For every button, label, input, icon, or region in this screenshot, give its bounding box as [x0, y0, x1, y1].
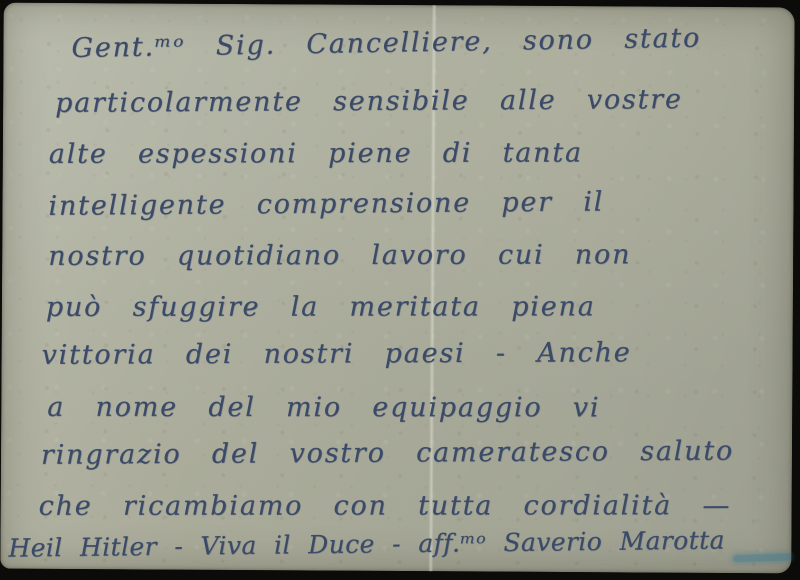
handwriting-line: nostro quotidiano lavoro cui non: [48, 239, 631, 272]
handwriting-line: può sfuggire la meritata piena: [46, 291, 596, 322]
handwriting-line: particolarmente sensibile alle vostre: [55, 84, 683, 119]
handwriting-line: intelligente comprensione per il: [48, 187, 604, 222]
photo-background: Gent.ᵐᵒ Sig. Cancelliere, sono stato par…: [0, 0, 800, 580]
handwriting-line: Gent.ᵐᵒ Sig. Cancelliere, sono stato: [71, 23, 701, 64]
handwriting-line: alte espessioni piene di tanta: [49, 137, 583, 169]
handwriting-line: che ricambiamo con tutta cordialità —: [39, 490, 732, 522]
handwriting-text: Gent.ᵐᵒ Sig. Cancelliere, sono stato par…: [0, 3, 794, 574]
handwriting-line: a nome del mio equipaggio vi: [47, 392, 600, 423]
postcard: Gent.ᵐᵒ Sig. Cancelliere, sono stato par…: [0, 3, 794, 574]
handwriting-line: vittoria dei nostri paesi - Anche: [42, 337, 632, 371]
handwriting-line: ringrazio del vostro cameratesco saluto: [41, 436, 734, 471]
